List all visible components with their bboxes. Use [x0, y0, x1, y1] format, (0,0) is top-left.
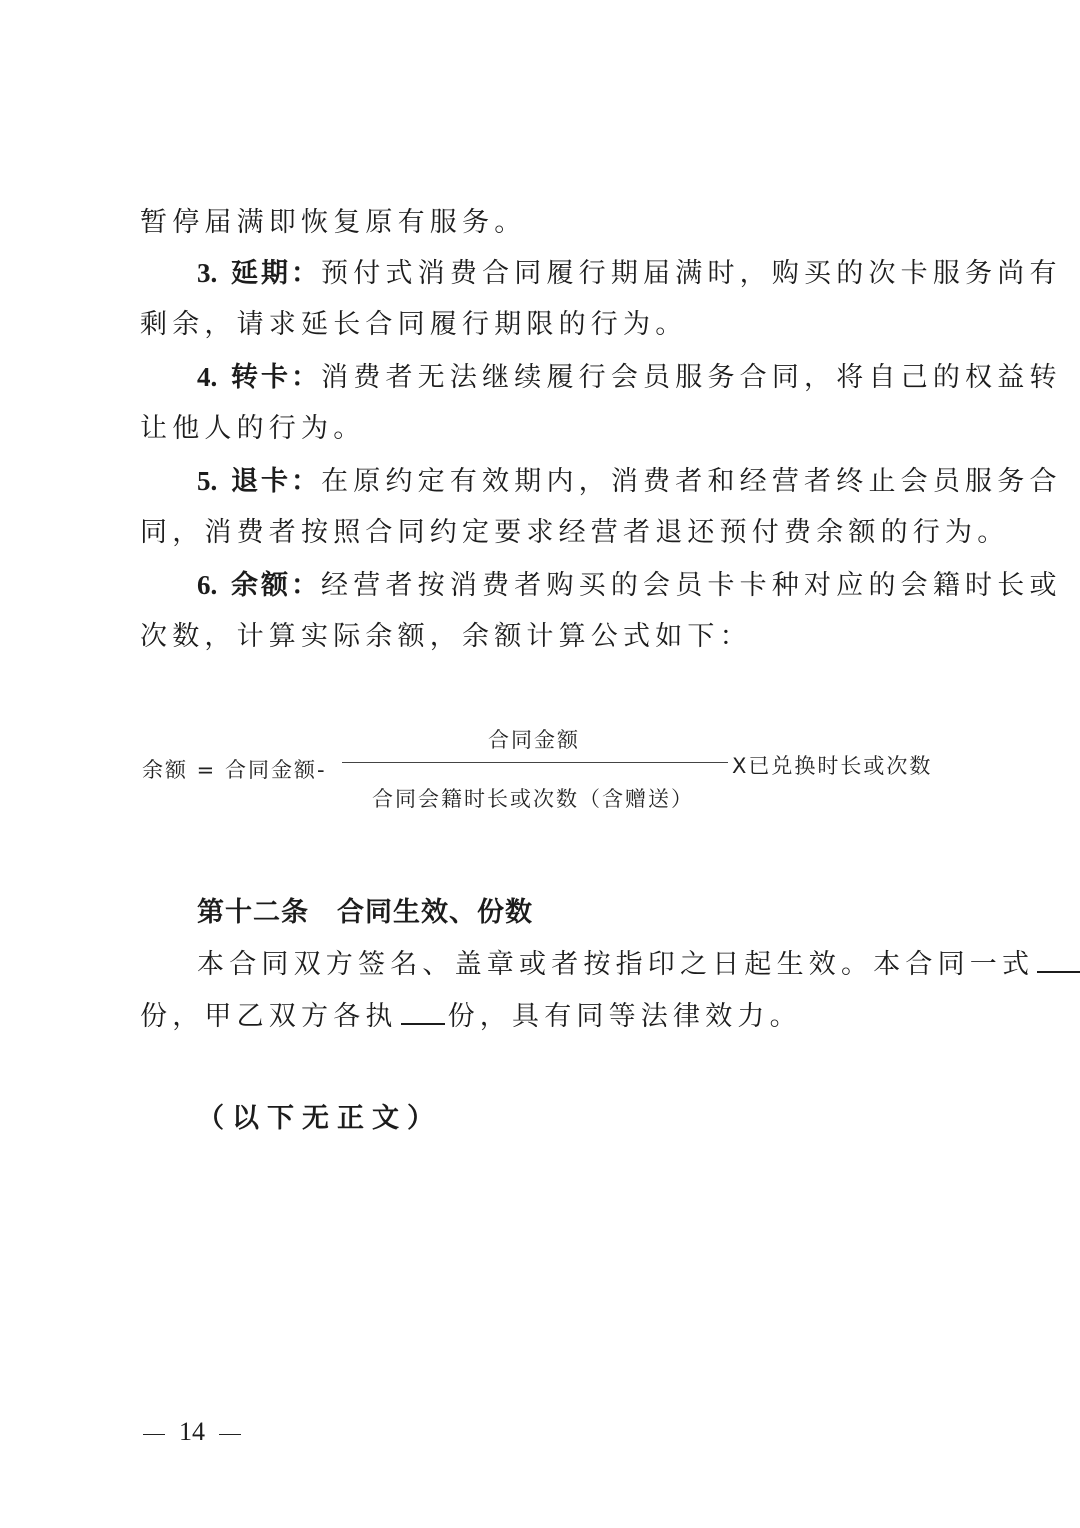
copies-each-blank: [401, 997, 445, 1025]
definition-number: 4.: [197, 362, 217, 392]
article-title: 合同生效、份数: [337, 897, 533, 928]
definition-term: 退卡：: [231, 466, 321, 497]
definition-text: 消费者无法继续履行会员服务合同，将自己的权益转: [321, 362, 1062, 393]
article-text: 份，具有同等法律效力。: [448, 1001, 802, 1032]
continuation-line: 暂停届满即恢复原有服务。: [140, 203, 526, 243]
definition-4-line-1: 4. 转卡：消费者无法继续履行会员服务合同，将自己的权益转: [197, 357, 1062, 398]
article-number: 第十二条: [197, 897, 309, 928]
definition-number: 5.: [197, 466, 217, 496]
formula-numerator: 合同金额: [488, 725, 580, 755]
definition-5-line-2: 同，消费者按照合同约定要求经营者退还预付费余额的行为。: [140, 513, 1009, 553]
formula-right: X已兑换时长或次数: [732, 751, 932, 781]
definition-3-line-1: 3. 延期：预付式消费合同履行期届满时，购买的次卡服务尚有: [197, 253, 1062, 294]
definition-6-line-2: 次数，计算实际余额，余额计算公式如下：: [140, 617, 752, 657]
definition-4-line-2: 让他人的行为。: [140, 409, 365, 449]
definition-term: 余额：: [231, 570, 321, 601]
definition-5-line-1: 5. 退卡：在原约定有效期内，消费者和经营者终止会员服务合: [197, 461, 1062, 502]
page-number-value: 14: [179, 1417, 205, 1446]
article-text: 本合同双方签名、盖章或者按指印之日起生效。本合同一式: [197, 949, 1034, 980]
definition-term: 转卡：: [231, 362, 321, 393]
document-page: 暂停届满即恢复原有服务。 3. 延期：预付式消费合同履行期届满时，购买的次卡服务…: [0, 0, 1080, 1528]
definition-text: 经营者按消费者购买的会员卡卡种对应的会籍时长或: [321, 570, 1062, 601]
page-number: 14: [140, 1417, 255, 1447]
definition-term: 延期：: [231, 258, 321, 289]
fraction-bar: [342, 762, 728, 763]
formula-left: 余额 = 合同金额-: [142, 755, 327, 785]
dash-left: [143, 1434, 165, 1435]
copies-total-blank: [1037, 945, 1080, 973]
formula-denominator: 合同会籍时长或次数（含赠送）: [372, 784, 694, 814]
definition-number: 3.: [197, 258, 217, 288]
definition-text: 预付式消费合同履行期届满时，购买的次卡服务尚有: [321, 258, 1062, 289]
definition-number: 6.: [197, 570, 217, 600]
definition-3-line-2: 剩余，请求延长合同履行期限的行为。: [140, 305, 687, 345]
article-line-1: 本合同双方签名、盖章或者按指印之日起生效。本合同一式: [197, 945, 1080, 985]
article-heading: 第十二条合同生效、份数: [197, 893, 533, 933]
end-note: （以下无正文）: [197, 1096, 442, 1135]
article-text: 份，甲乙双方各执: [140, 1001, 398, 1032]
definition-text: 在原约定有效期内，消费者和经营者终止会员服务合: [321, 466, 1062, 497]
dash-right: [219, 1434, 241, 1435]
definition-6-line-1: 6. 余额：经营者按消费者购买的会员卡卡种对应的会籍时长或: [197, 565, 1062, 606]
article-line-2: 份，甲乙双方各执份，具有同等法律效力。: [140, 997, 802, 1037]
